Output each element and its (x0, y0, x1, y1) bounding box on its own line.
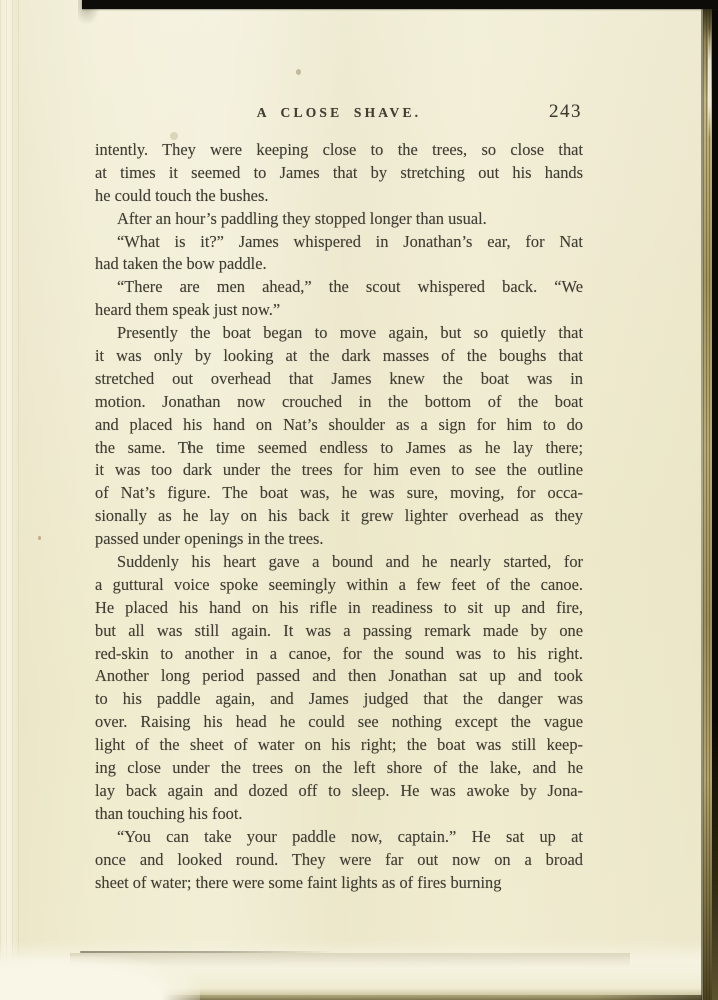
text-line: passed under openings in the trees. (95, 528, 583, 551)
text-line: lay back again and dozed off to sleep. H… (95, 780, 583, 803)
text-line: motion. Jonathan now crouched in the bot… (95, 391, 583, 414)
text-line: “There are men ahead,” the scout whisper… (95, 276, 583, 299)
book-fore-edge-left (0, 0, 20, 1000)
text-line: light of the sheet of water on his right… (95, 734, 583, 757)
text-line: than touching his foot. (95, 803, 583, 826)
text-line: “You can take your paddle now, captain.”… (95, 826, 583, 849)
scan-background-top (82, 0, 718, 9)
page-corner-bottom-left (0, 956, 200, 1000)
text-line: ing close under the trees on the left sh… (95, 757, 583, 780)
text-line: over. Raising his head he could see noth… (95, 711, 583, 734)
text-line: of Nat’s figure. The boat was, he was su… (95, 482, 583, 505)
text-line: to his paddle again, and James judged th… (95, 688, 583, 711)
text-line: sheet of water; there were some faint li… (95, 872, 583, 895)
text-line: the same. The time seemed endless to Jam… (95, 437, 583, 460)
text-line: had taken the bow paddle. (95, 253, 583, 276)
body-text: intently. They were keeping close to the… (95, 139, 583, 894)
running-header: A CLOSE SHAVE. 243 (95, 101, 583, 127)
page-number: 243 (549, 101, 582, 123)
text-line: he could touch the bushes. (95, 185, 583, 208)
page-crease-line (80, 951, 335, 953)
text-line: red-skin to another in a canoe, for the … (95, 643, 583, 666)
text-line: it was only by looking at the dark masse… (95, 345, 583, 368)
scanned-book-page: A CLOSE SHAVE. 243 intently. They were k… (0, 0, 718, 1000)
ink-speck (296, 69, 301, 75)
text-line: “What is it?” James whispered in Jonatha… (95, 231, 583, 254)
text-line: Another long period passed and then Jona… (95, 665, 583, 688)
text-line: it was too dark under the trees for him … (95, 459, 583, 482)
text-line: but all was still again. It was a passin… (95, 620, 583, 643)
text-line: a guttural voice spoke seemingly within … (95, 574, 583, 597)
text-line: sionally as he lay on his back it grew l… (95, 505, 583, 528)
ink-speck (38, 536, 41, 540)
book-page-stack-edge (703, 0, 712, 1000)
page-edge-highlight (708, 28, 711, 138)
ink-speck (170, 132, 178, 140)
text-line: stretched out overhead that James knew t… (95, 368, 583, 391)
text-line: He placed his hand on his rifle in readi… (95, 597, 583, 620)
running-header-title: A CLOSE SHAVE. (95, 105, 583, 121)
text-line: heard them speak just now.” (95, 299, 583, 322)
text-line: once and looked round. They were far out… (95, 849, 583, 872)
ink-speck (188, 444, 190, 450)
text-line: After an hour’s paddling they stopped lo… (95, 208, 583, 231)
text-line: Suddenly his heart gave a bound and he n… (95, 551, 583, 574)
scan-background-right (712, 0, 718, 1000)
text-line: intently. They were keeping close to the… (95, 139, 583, 162)
text-line: and placed his hand on Nat’s shoulder as… (95, 414, 583, 437)
text-line: at times it seemed to James that by stre… (95, 162, 583, 185)
text-line: Presently the boat began to move again, … (95, 322, 583, 345)
